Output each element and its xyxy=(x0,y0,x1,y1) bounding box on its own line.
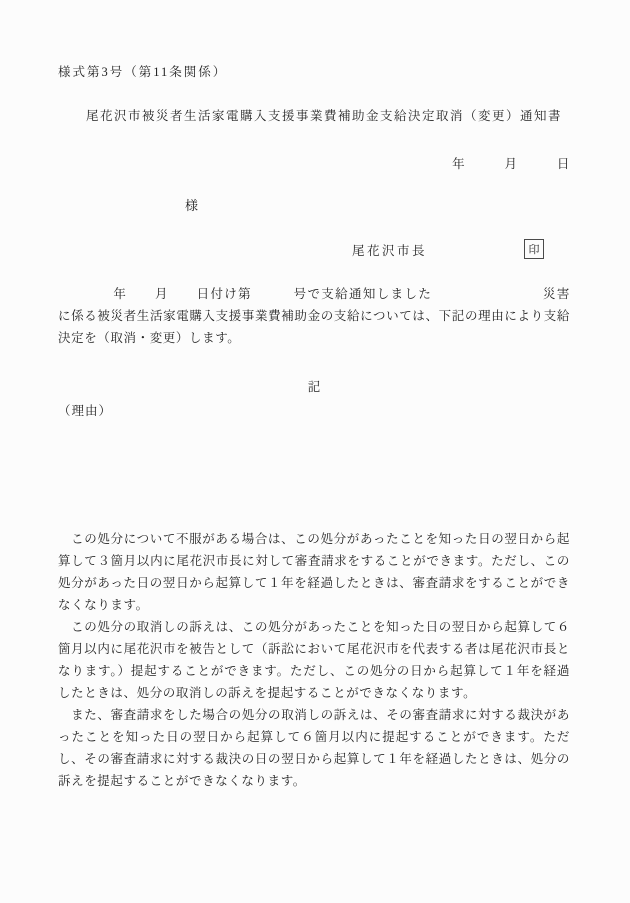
form-number: 様式第3号（第11条関係） xyxy=(58,62,227,80)
document-page: 様式第3号（第11条関係） 尾花沢市被災者生活家電購入支援事業費補助金支給決定取… xyxy=(0,0,630,903)
reason-label: （理由） xyxy=(58,401,112,419)
seal-stamp-box: 印 xyxy=(524,239,544,259)
body-paragraph: 年 月 日付け第 号で支給通知しました 災害 に係る被災者生活家電購入支援事業費… xyxy=(58,283,570,349)
notification-reference-line: 年 月 日付け第 号で支給通知しました 災害 xyxy=(58,283,570,305)
appeal-paragraph-after-ruling: また、審査請求をした場合の処分の取消しの訴えは、その審査請求に対する裁決があった… xyxy=(58,704,570,792)
date-blank-line: 年 月 日 xyxy=(58,154,570,172)
decision-statement: に係る被災者生活家電購入支援事業費補助金の支給については、下記の理由により支給決… xyxy=(58,305,570,349)
ki-heading: 記 xyxy=(58,377,570,395)
document-title: 尾花沢市被災者生活家電購入支援事業費補助金支給決定取消（変更）通知書 xyxy=(68,106,580,124)
appeal-instructions: この処分について不服がある場合は、この処分があったことを知った日の翌日から起算し… xyxy=(58,528,570,792)
sender-title: 尾花沢市長 xyxy=(352,241,427,259)
appeal-paragraph-review-request: この処分について不服がある場合は、この処分があったことを知った日の翌日から起算し… xyxy=(58,528,570,616)
addressee-honorific: 様 xyxy=(185,195,198,214)
seal-character: 印 xyxy=(529,241,540,257)
appeal-paragraph-revocation-suit: この処分の取消しの訴えは、この処分があったことを知った日の翌日から起算して６箇月… xyxy=(58,616,570,704)
